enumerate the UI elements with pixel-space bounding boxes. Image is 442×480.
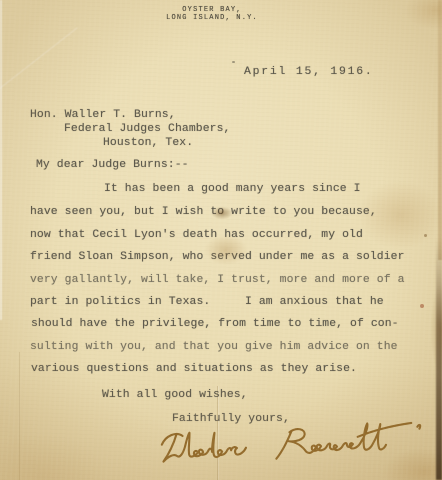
recipient-office: Federal Judges Chambers, — [64, 124, 230, 135]
signature-last-name — [275, 422, 421, 459]
letterhead-line2: LONG ISLAND, N.Y. — [0, 15, 424, 22]
date-line: April 15, 1916. — [244, 67, 374, 78]
body-line: should have the privilege, from time to … — [31, 319, 399, 330]
body-line: part in politics in Texas. I am anxious … — [30, 297, 384, 308]
signature-theodore-roosevelt — [149, 413, 442, 480]
recipient-city: Houston, Tex. — [103, 138, 193, 149]
paper-edge-left-highlight — [0, 0, 2, 320]
ink-speck — [420, 304, 424, 308]
body-line: It has been a good many years since I — [104, 184, 361, 195]
body-line: various questions and situations as they… — [31, 364, 357, 375]
ink-speck — [232, 61, 235, 63]
letterhead-line1: OYSTER BAY, — [0, 7, 424, 14]
ink-speck — [424, 234, 427, 237]
body-line: very gallantly, will take, I trust, more… — [30, 275, 405, 286]
body-line: friend Sloan Simpson, who served under m… — [30, 252, 405, 263]
paper-edge-top-right — [438, 0, 442, 260]
body-line: now that Cecil Lyon's death has occurred… — [30, 230, 363, 241]
body-line: have seen you, but I wish to write to yo… — [30, 207, 377, 218]
paper-edge-dark-right — [436, 238, 442, 480]
signature-first-name — [161, 431, 246, 462]
fold-crease-left — [19, 352, 20, 480]
salutation: My dear Judge Burns:-- — [36, 160, 189, 171]
closing-wishes: With all good wishes, — [102, 390, 248, 401]
crease-diagonal — [0, 27, 78, 89]
letter-photo: OYSTER BAY, LONG ISLAND, N.Y. April 15, … — [0, 0, 442, 480]
body-line: sulting with you, and that you give him … — [30, 342, 398, 353]
recipient-name: Hon. Waller T. Burns, — [30, 110, 176, 121]
